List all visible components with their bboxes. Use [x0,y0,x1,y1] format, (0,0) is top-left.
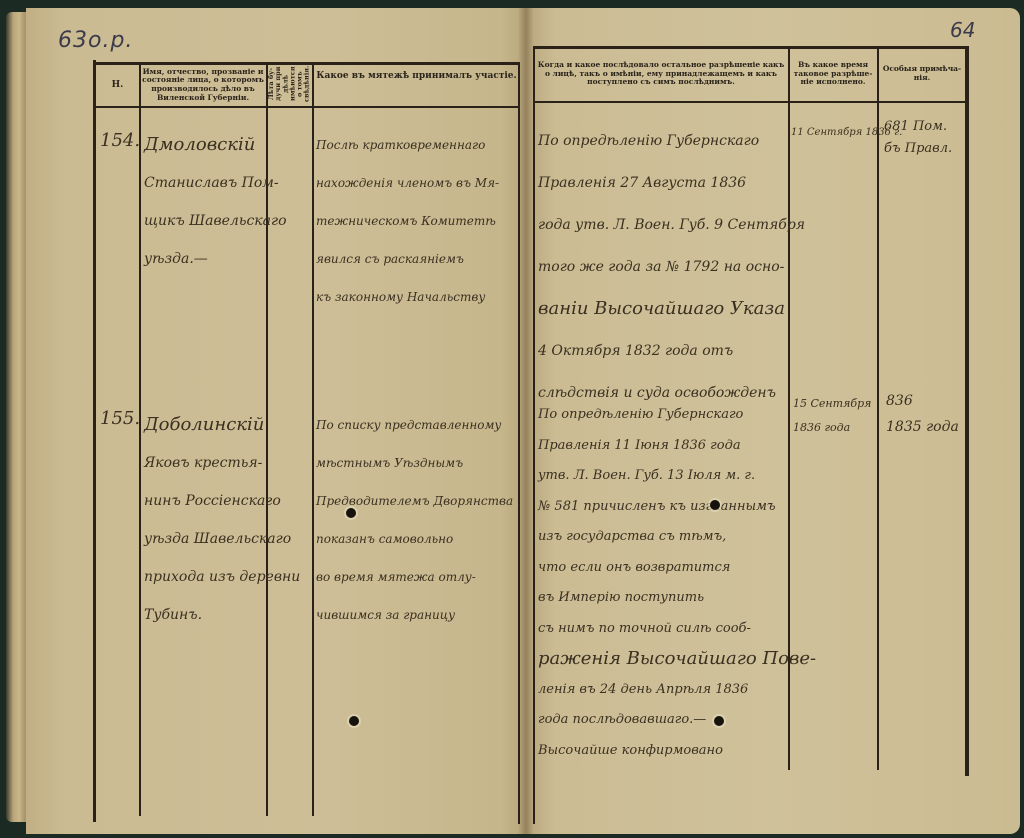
notes-line: 836 [886,388,959,414]
resolution-line: утв. Л. Воен. Губ. 13 Iюля м. г. [538,461,816,492]
participation-line: тежническомъ Комитетѣ [316,202,499,240]
entry-notes: 836 1835 года [886,388,959,440]
participation-line: показанъ самовольно [316,520,513,558]
header-notes: Особыя примѣча-нiя. [880,50,964,98]
name-line: Доболинскiй [144,406,300,444]
folio-number-left: 63о.р. [58,28,133,53]
resolution-line: ленiя въ 24 день Апрѣля 1836 [538,675,816,706]
participation-line: къ законному Начальству [316,278,499,316]
name-line: нинъ Россiенскаго [144,482,300,520]
folio-number-right: 64 [950,18,975,42]
name-line: Яковъ крестья- [144,444,300,482]
resolution-line: 4 Октября 1832 года отъ [538,330,805,372]
header-name: Имя, отчество, прозванiе и состоянiе лиц… [142,66,264,104]
executed-line: 1836 года [793,416,871,440]
binding-hole [710,500,720,510]
column-rule [93,60,96,822]
entry-executed: 15 Сентября 1836 года [793,392,871,440]
name-line: Дмоловскiй [144,126,287,164]
resolution-line: что если онъ возвратится [538,553,816,584]
name-line: уѣзда Шавельскаго [144,520,300,558]
resolution-line: Высочайше конфирмовано [538,736,816,767]
entry-name: Дмоловскiй Станиславъ Пом- щикъ Шавельск… [144,126,287,278]
resolution-line: года послѣдовавшаго.— [538,705,816,736]
header-number: Н. [96,66,139,104]
executed-line: 15 Сентября [793,392,871,416]
column-rule [877,48,879,770]
header-top-rule-right [534,46,966,49]
name-line: уѣзда.— [144,240,287,278]
resolution-line: Правленiя 27 Августа 1836 [538,162,805,204]
resolution-line: ванiи Высочайшаго Указа [538,288,805,330]
participation-line: По списку представленному [316,406,513,444]
header-participation: Какое въ мятежѣ принималъ участiе. [315,66,518,86]
entry-notes: 681 Пом. бъ Правл. [884,116,952,160]
binding-hole [346,508,356,518]
participation-line: мѣстнымъ Уѣзднымъ [316,444,513,482]
column-rule [965,46,969,776]
entry-number: 154. [100,122,140,160]
participation-line: нахожденiя членомъ въ Мя- [316,164,499,202]
column-rule [518,64,520,824]
entry-name: Доболинскiй Яковъ крестья- нинъ Россiенс… [144,406,300,634]
resolution-line: № 581 причисленъ къ изгнаннымъ [538,492,816,523]
resolution-line: въ Имперiю поступить [538,583,816,614]
notes-line: 681 Пом. [884,116,952,138]
participation-line: явился съ раскаянiемъ [316,240,499,278]
name-line: Станиславъ Пом- [144,164,287,202]
column-rule [312,64,314,816]
book-gutter [518,8,534,834]
binding-hole [714,716,724,726]
resolution-line: Правленiя 11 Iюня 1836 года [538,431,816,462]
header-executed: Въ какое время таковое разрѣше-нiе испол… [790,50,876,98]
name-line: Тубинъ. [144,596,300,634]
header-resolution: Когда и какое послѣдовало остальное разр… [536,50,786,98]
entry-number: 155. [100,400,140,438]
notes-line: 1835 года [886,414,959,440]
resolution-line: съ нимъ по точной силѣ сооб- [538,614,816,645]
entry-resolution: По опредѣленiю Губернскаго Правленiя 27 … [538,120,805,414]
name-line: прихода изъ деревни [144,558,300,596]
entry-participation: По списку представленному мѣстнымъ Уѣздн… [316,406,513,634]
entry-participation: Послѣ кратковременнаго нахожденiя членом… [316,126,499,316]
name-line: щикъ Шавельскаго [144,202,287,240]
ledger-spread: 63о.р. 64 Н. Имя, отчество, прозванiе и … [0,0,1024,838]
resolution-line: раженiя Высочайшаго Пове- [538,644,816,675]
resolution-line: того же года за № 1792 на осно- [538,246,805,288]
resolution-line: года утв. Л. Воен. Губ. 9 Сентября [538,204,805,246]
resolution-line: По опредѣленiю Губернскаго [538,400,816,431]
participation-line: во время мятежа отлу- [316,558,513,596]
entry-resolution: По опредѣленiю Губернскаго Правленiя 11 … [538,400,816,766]
header-bottom-rule-right [534,101,966,103]
participation-line: чившимся за границу [316,596,513,634]
column-rule [139,64,141,816]
binding-hole [349,716,359,726]
resolution-line: изъ государства съ тѣмъ, [538,522,816,553]
header-bottom-rule-left [95,106,520,108]
participation-line: Послѣ кратковременнаго [316,126,499,164]
column-rule [533,46,535,824]
notes-line: бъ Правл. [884,138,952,160]
resolution-line: По опредѣленiю Губернскаго [538,120,805,162]
header-age: Лѣта бу-дучи при дѣлѣ имѣются о томъ свѣ… [268,64,310,104]
